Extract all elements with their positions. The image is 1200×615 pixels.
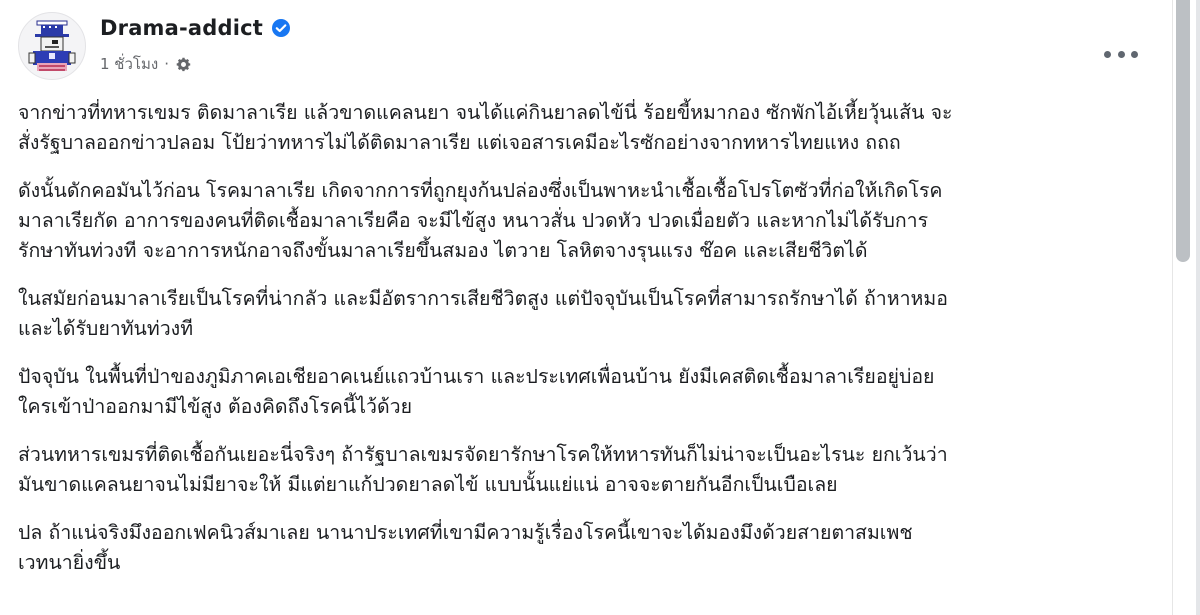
post-body: จากข่าวที่ทหารเขมร ติดมาลาเรีย แล้วขาดแค… [18, 98, 1158, 596]
scrollbar-thumb[interactable] [1176, 0, 1190, 262]
post-timestamp[interactable]: 1 ชั่วโมง [100, 52, 158, 76]
meta-separator: · [164, 55, 169, 73]
more-options-button[interactable] [1104, 42, 1138, 66]
window-edge [1196, 0, 1200, 615]
post-paragraph: ดังนั้นดักคอมันไว้ก่อน โรคมาลาเรีย เกิดจ… [18, 176, 1158, 266]
author-row: Drama-addict [100, 16, 291, 40]
post-paragraph: ปล ถ้าแน่จริงมึงออกเฟคนิวส์มาเลย นานาประ… [18, 518, 1158, 578]
author-name[interactable]: Drama-addict [100, 16, 263, 40]
more-dot-icon [1131, 51, 1138, 58]
avatar[interactable] [18, 12, 86, 80]
post-paragraph: ส่วนทหารเขมรที่ติดเชื้อกันเยอะนี่จริงๆ ถ… [18, 440, 1158, 500]
verified-badge-icon [271, 18, 291, 38]
vertical-scrollbar[interactable] [1172, 0, 1200, 615]
gear-icon[interactable] [175, 56, 192, 73]
more-dot-icon [1118, 51, 1125, 58]
post-paragraph: ในสมัยก่อนมาลาเรียเป็นโรคที่น่ากลัว และม… [18, 284, 1158, 344]
post-meta: 1 ชั่วโมง · [100, 52, 192, 76]
uncle-sam-skull-avatar-icon [19, 13, 85, 79]
facebook-post: Drama-addict 1 ชั่วโมง · จากข่าวที่ทหารเ… [0, 0, 1175, 615]
more-dot-icon [1104, 51, 1111, 58]
post-paragraph: จากข่าวที่ทหารเขมร ติดมาลาเรีย แล้วขาดแค… [18, 98, 1158, 158]
post-header: Drama-addict 1 ชั่วโมง · [18, 12, 1168, 82]
post-paragraph: ปัจจุบัน ในพื้นที่ป่าของภูมิภาคเอเชียอาค… [18, 362, 1158, 422]
